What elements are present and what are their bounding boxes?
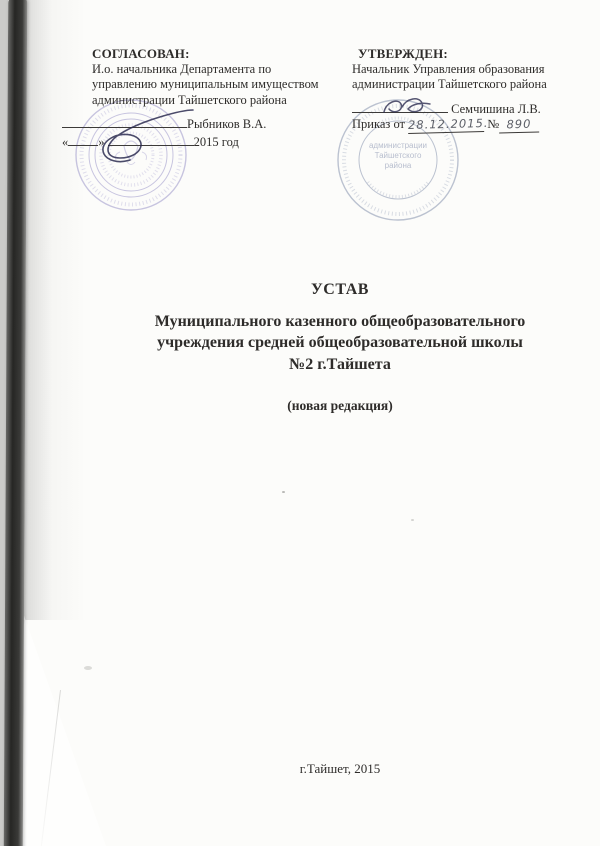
seal-text-line: района <box>385 161 412 170</box>
document-type-title: УСТАВ <box>97 282 583 298</box>
agreed-heading: СОГЛАСОВАН: <box>92 46 352 62</box>
agreed-block: СОГЛАСОВАН: И.о. начальника Департамента… <box>62 46 352 151</box>
number-sign: № <box>487 117 499 131</box>
order-row: Приказ от 28.12.2015. №890 <box>352 117 578 133</box>
document-name-line: №2 г.Тайшета <box>97 354 583 376</box>
paper-speck <box>411 519 414 521</box>
approved-heading: УТВЕРЖДЕН: <box>358 46 578 62</box>
title-block: УСТАВ Муниципального казенного общеобраз… <box>97 282 583 414</box>
agreed-line: администрации Тайшетского района <box>92 93 352 109</box>
page-corner-fold <box>22 610 106 846</box>
signature-line <box>352 100 448 113</box>
approved-signatory: Семчишина Л.В. <box>451 102 541 116</box>
paper-speck <box>282 491 285 493</box>
handwritten-order-number: 890 <box>499 118 539 134</box>
agreed-year: 2015 год <box>194 135 239 149</box>
paper-speck <box>84 666 92 670</box>
agreed-line: управлению муниципальным имуществом <box>92 77 352 93</box>
handwritten-order-date: 28.12.2015. <box>408 117 484 134</box>
scanned-document-page: администрации Тайшетского района СОГЛАСО… <box>0 0 600 846</box>
approved-signature-row: Семчишина Л.В. <box>352 100 578 118</box>
quote-close: » <box>98 135 104 149</box>
seal-text-line: Тайшетского <box>375 151 422 160</box>
agreed-signatory: Рыбников В.А. <box>187 117 266 131</box>
signature-line <box>62 115 187 128</box>
approved-block: УТВЕРЖДЕН: Начальник Управления образова… <box>352 46 578 133</box>
date-blank <box>68 133 98 146</box>
document-name-line: Муниципального казенного общеобразовател… <box>97 311 583 333</box>
seal-text-line: администрации <box>369 141 427 150</box>
agreed-signature-row: Рыбников В.А. <box>62 115 352 133</box>
document-name: Муниципального казенного общеобразовател… <box>97 311 583 376</box>
date-blank <box>108 133 194 146</box>
approved-line: Начальник Управления образования <box>352 62 578 78</box>
footer-place-year: г.Тайшет, 2015 <box>97 761 583 777</box>
agreed-line: И.о. начальника Департамента по <box>92 62 352 78</box>
order-label: Приказ от <box>352 117 405 131</box>
document-name-line: учреждения средней общеобразовательной ш… <box>97 332 583 354</box>
agreed-date-row: «» 2015 год <box>62 133 352 151</box>
document-subtitle: (новая редакция) <box>97 398 583 414</box>
approved-line: администрации Тайшетского района <box>352 77 578 93</box>
